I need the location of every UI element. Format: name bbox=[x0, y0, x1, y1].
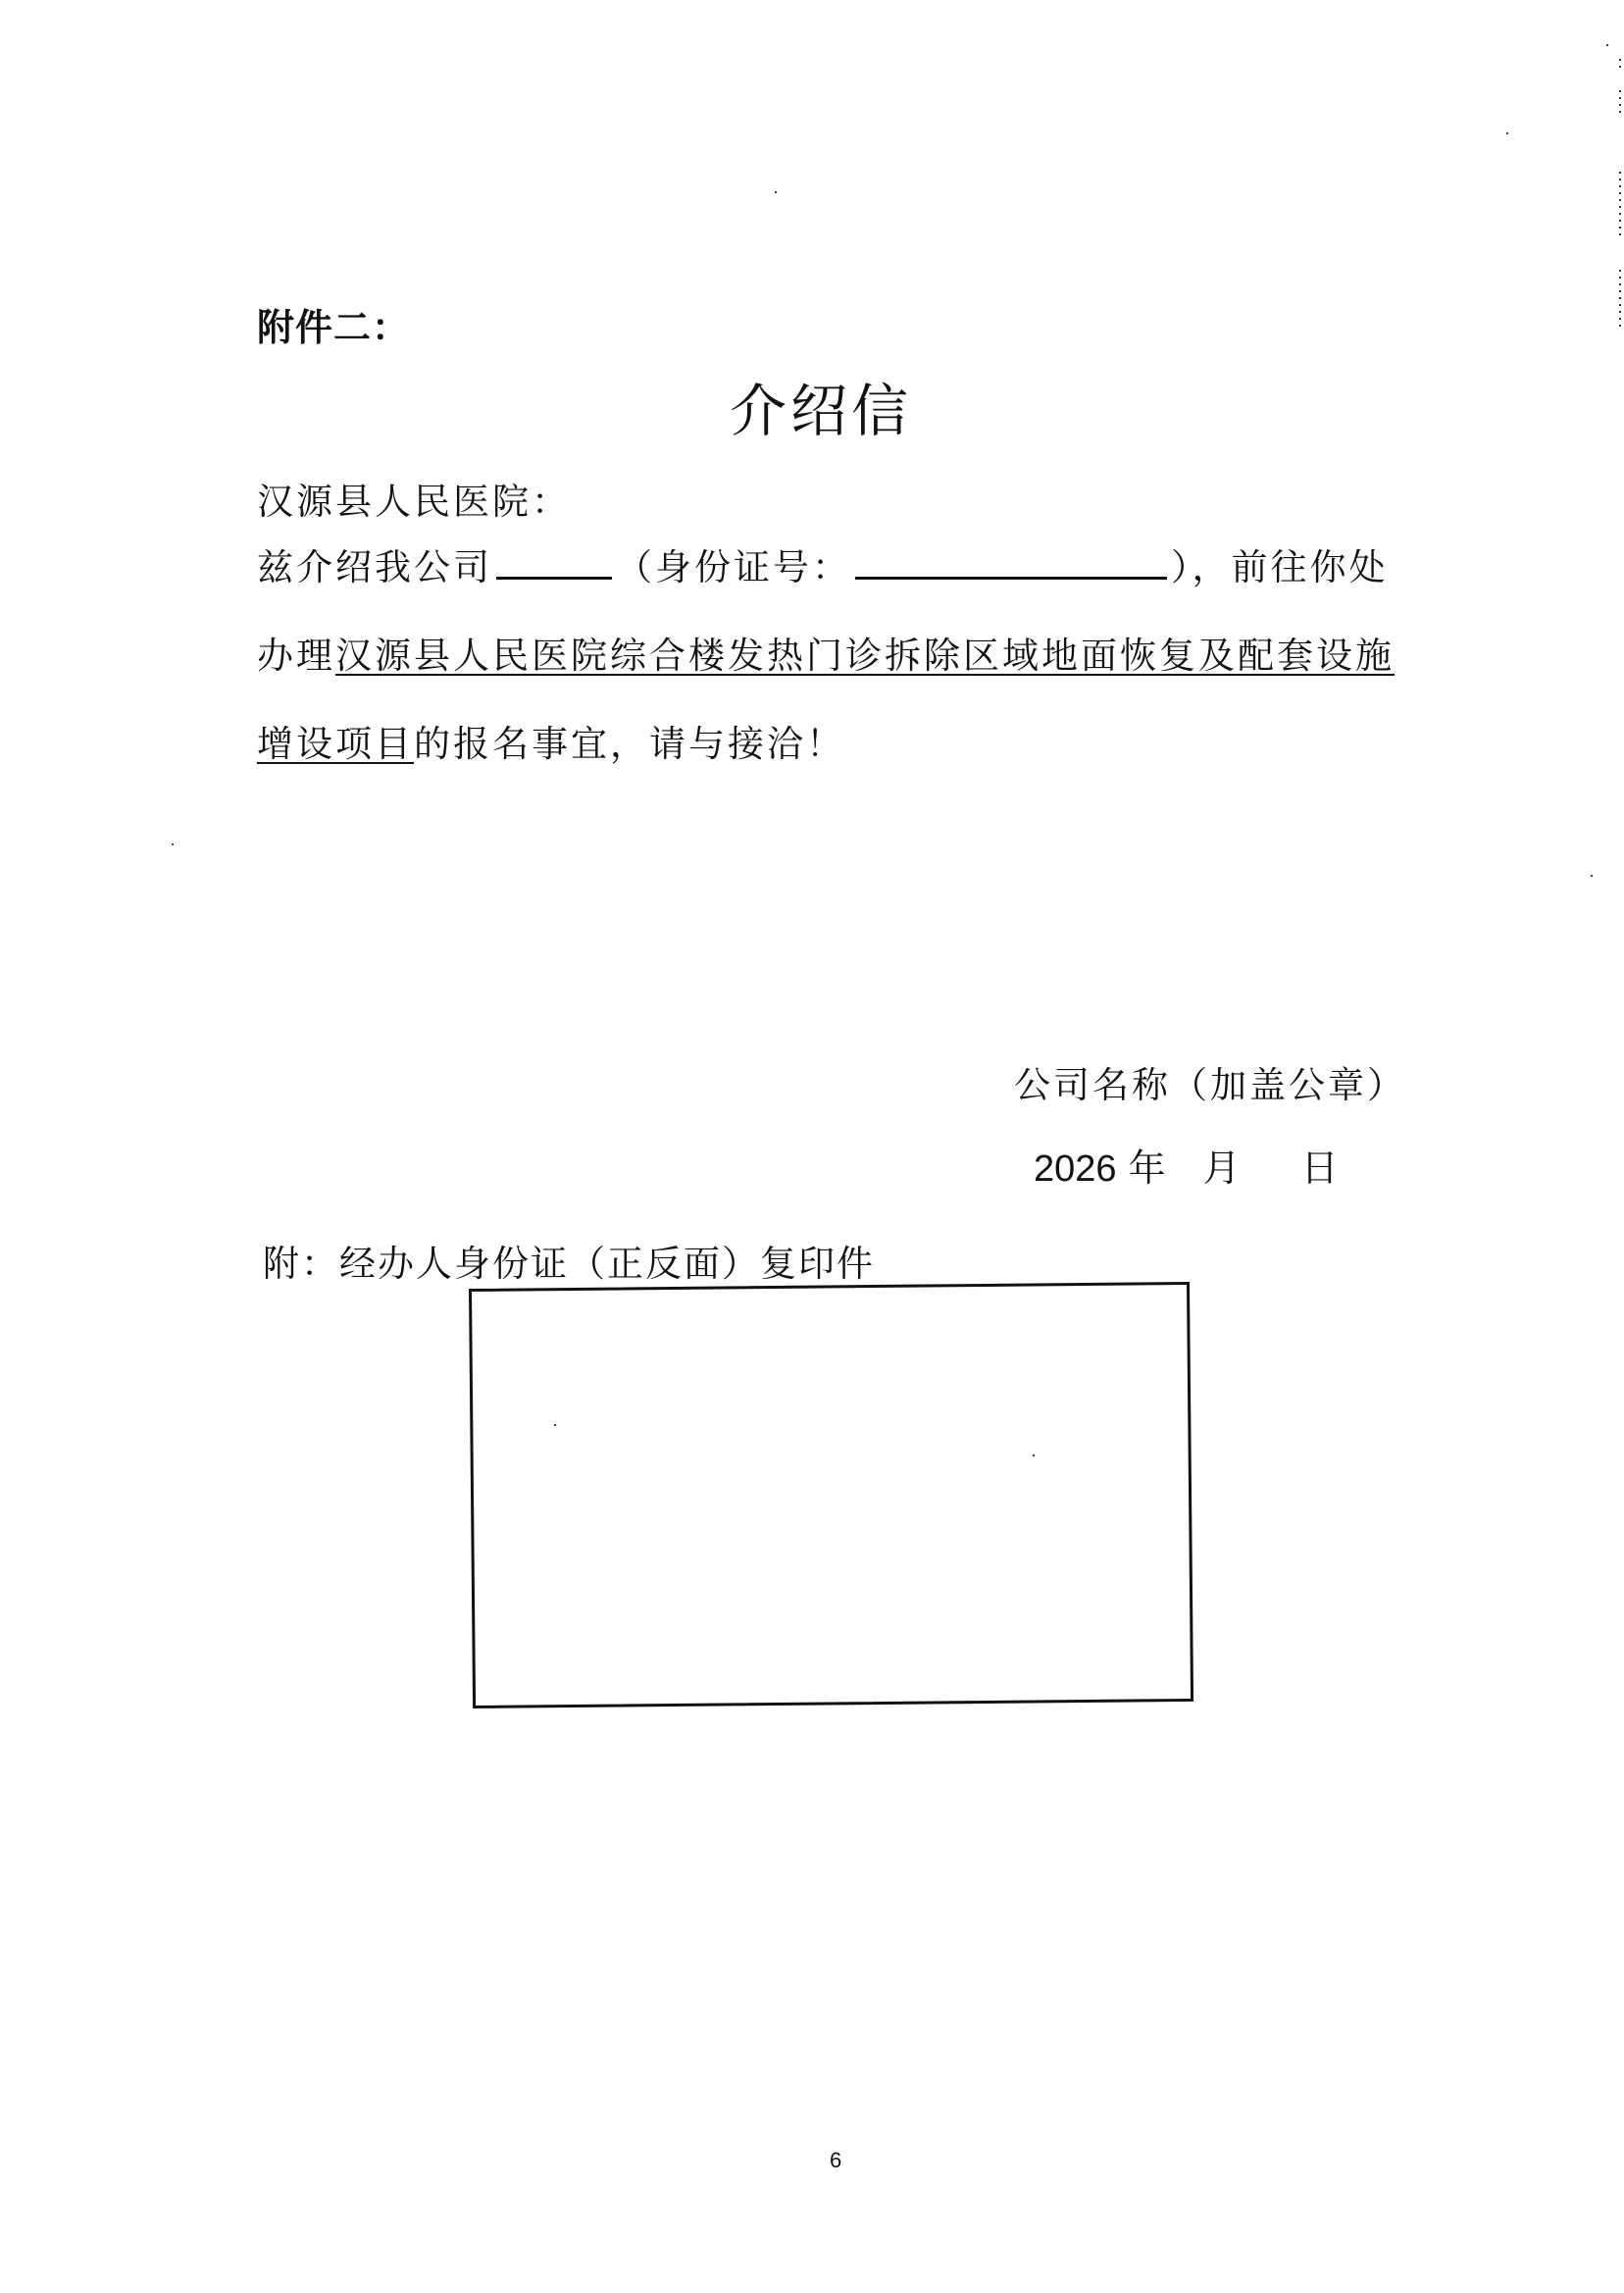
scan-artifact bbox=[172, 843, 174, 845]
scan-artifact bbox=[1033, 1454, 1035, 1456]
date-day-unit: 日 bbox=[1301, 1146, 1339, 1190]
project-name-part-1: 汉源县人民医院综合楼发热门诊拆除区域地面恢复及配套设施 bbox=[335, 635, 1395, 677]
destination-text: ），前往你处 bbox=[1171, 546, 1389, 588]
scan-artifact bbox=[1619, 90, 1621, 116]
date-year: 2026 bbox=[1034, 1148, 1117, 1190]
id-card-copy-box bbox=[469, 1282, 1193, 1708]
id-number-label: （身份证号： bbox=[616, 546, 851, 588]
company-name-blank[interactable] bbox=[496, 547, 612, 580]
scan-artifact bbox=[1619, 172, 1621, 240]
date-month-unit: 月 bbox=[1203, 1146, 1241, 1190]
addressee: 汉源县人民医院： bbox=[257, 472, 571, 525]
scan-artifact bbox=[1591, 875, 1593, 877]
attachment-note: 附：经办人身份证（正反面）复印件 bbox=[263, 1234, 875, 1287]
company-seal-label: 公司名称（加盖公章） bbox=[1014, 1055, 1406, 1108]
body-line-2: 办理汉源县人民医院综合楼发热门诊拆除区域地面恢复及配套设施 bbox=[257, 633, 1395, 680]
scan-artifact bbox=[554, 1424, 556, 1426]
body-line-3: 增设项目的报名事宜，请与接洽！ bbox=[257, 721, 845, 768]
body-line-1: 兹介绍我公司（身份证号：），前往你处 bbox=[257, 544, 1389, 591]
closing-text: 的报名事宜，请与接洽！ bbox=[414, 723, 845, 765]
id-number-blank[interactable] bbox=[855, 547, 1167, 580]
attachment-label: 附件二： bbox=[257, 297, 410, 351]
scan-artifact bbox=[775, 191, 777, 193]
date-line: 2026 年月日 bbox=[1034, 1138, 1339, 1192]
project-name-part-2: 增设项目 bbox=[257, 723, 414, 765]
handle-text: 办理 bbox=[257, 635, 335, 677]
scan-artifact bbox=[1619, 59, 1621, 73]
page-number: 6 bbox=[830, 2148, 841, 2173]
scan-artifact bbox=[1606, 44, 1608, 46]
scan-artifact bbox=[1619, 270, 1621, 331]
document-page: 附件二： 介绍信 汉源县人民医院： 兹介绍我公司（身份证号：），前往你处 办理汉… bbox=[0, 0, 1624, 2293]
date-year-unit: 年 bbox=[1129, 1146, 1166, 1190]
scan-artifact bbox=[1506, 132, 1508, 134]
letter-title: 介绍信 bbox=[730, 365, 912, 447]
intro-text: 兹介绍我公司 bbox=[257, 546, 492, 588]
